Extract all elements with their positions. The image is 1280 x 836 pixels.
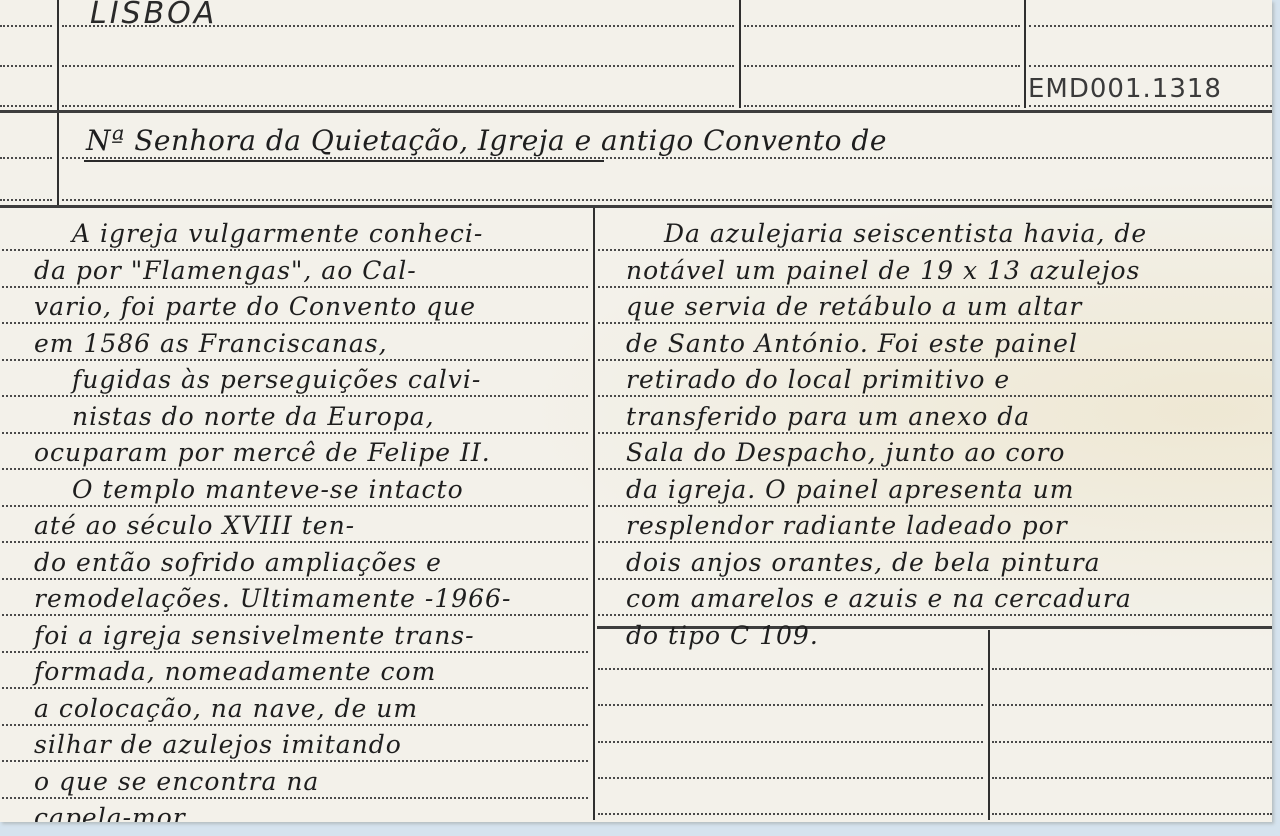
margin-divider xyxy=(57,0,59,205)
reference-number: EMD001.1318 xyxy=(1028,74,1222,104)
rule xyxy=(598,541,1272,543)
text-line: com amarelos e azuis e na cercadura xyxy=(626,584,1132,613)
rule xyxy=(2,395,588,397)
rule xyxy=(2,797,588,799)
text-line: transferido para um anexo da xyxy=(626,402,1030,431)
rule xyxy=(62,199,1272,201)
title-underline xyxy=(84,160,604,162)
rule xyxy=(598,322,1272,324)
card-title: Nª Senhora da Quietação, Igreja e antigo… xyxy=(86,124,887,157)
rule xyxy=(0,25,52,27)
rule xyxy=(2,651,588,653)
rule xyxy=(598,249,1272,251)
rule xyxy=(992,777,1272,779)
section-rule xyxy=(0,110,1272,113)
rule xyxy=(1029,65,1272,67)
rule xyxy=(598,505,1272,507)
rule xyxy=(2,578,588,580)
rule xyxy=(744,65,1020,67)
location-label: LISBOA xyxy=(90,0,217,31)
section-rule xyxy=(0,205,1272,208)
text-line: resplendor radiante ladeado por xyxy=(626,511,1068,540)
text-line: notável um painel de 19 x 13 azulejos xyxy=(626,256,1140,285)
rule xyxy=(992,668,1272,670)
text-line: em 1586 as Franciscanas, xyxy=(34,329,388,358)
text-line: Da azulejaria seiscentista havia, de xyxy=(664,219,1147,248)
catalog-card: LISBOA EMD001.1318 Nª Senhora da Quietaç… xyxy=(0,0,1272,822)
rule xyxy=(2,322,588,324)
text-line: Sala do Despacho, junto ao coro xyxy=(626,438,1065,467)
rule xyxy=(2,541,588,543)
rule xyxy=(1029,25,1272,27)
text-line: o que se encontra na xyxy=(34,767,319,796)
text-line: da por "Flamengas", ao Cal- xyxy=(34,256,417,285)
rule xyxy=(2,468,588,470)
rule xyxy=(598,813,983,815)
rule xyxy=(2,687,588,689)
rule xyxy=(598,578,1272,580)
rule xyxy=(0,199,52,201)
rule xyxy=(2,286,588,288)
text-line: até ao século XVIII ten- xyxy=(34,511,355,540)
rule xyxy=(2,505,588,507)
rule xyxy=(0,105,52,107)
text-line: fugidas às perseguições calvi- xyxy=(72,365,481,394)
rule xyxy=(744,25,1020,27)
rule xyxy=(992,704,1272,706)
rule xyxy=(2,724,588,726)
rule xyxy=(598,704,983,706)
header-divider-1 xyxy=(739,0,741,108)
rule xyxy=(598,432,1272,434)
text-line: silhar de azulejos imitando xyxy=(34,730,402,759)
text-line: foi a igreja sensivelmente trans- xyxy=(34,621,475,650)
rule xyxy=(598,741,983,743)
text-line: do tipo C 109. xyxy=(626,621,819,650)
rule xyxy=(598,777,983,779)
rule xyxy=(2,359,588,361)
rule xyxy=(0,65,52,67)
text-line: formada, nomeadamente com xyxy=(34,657,436,686)
rule xyxy=(1029,105,1272,107)
text-line: capela-mor. xyxy=(34,803,192,822)
rule xyxy=(2,432,588,434)
column-divider xyxy=(593,208,595,820)
rule xyxy=(2,249,588,251)
header-divider-2 xyxy=(1024,0,1026,108)
rule xyxy=(598,359,1272,361)
text-line: nistas do norte da Europa, xyxy=(72,402,435,431)
text-line: de Santo António. Foi este painel xyxy=(626,329,1078,358)
lower-divider xyxy=(988,630,990,820)
text-line: dois anjos orantes, de bela pintura xyxy=(626,548,1100,577)
rule xyxy=(598,468,1272,470)
text-line: que servia de retábulo a um altar xyxy=(626,292,1082,321)
text-line: retirado do local primitivo e xyxy=(626,365,1010,394)
text-line: do então sofrido ampliações e xyxy=(34,548,442,577)
rule xyxy=(598,614,1272,616)
rule xyxy=(0,157,52,159)
text-line: O templo manteve-se intacto xyxy=(72,475,464,504)
rule xyxy=(62,157,1272,159)
rule xyxy=(62,105,734,107)
text-line: remodelações. Ultimamente -1966- xyxy=(34,584,511,613)
rule xyxy=(992,813,1272,815)
text-line: a colocação, na nave, de um xyxy=(34,694,418,723)
rule xyxy=(598,395,1272,397)
rule xyxy=(2,614,588,616)
rule xyxy=(598,286,1272,288)
rule xyxy=(62,65,734,67)
rule xyxy=(744,105,1020,107)
text-line: da igreja. O painel apresenta um xyxy=(626,475,1074,504)
rule xyxy=(992,741,1272,743)
rule xyxy=(598,668,983,670)
rule xyxy=(2,760,588,762)
text-line: ocuparam por mercê de Felipe II. xyxy=(34,438,491,467)
text-line: A igreja vulgarmente conheci- xyxy=(72,219,483,248)
text-line: vario, foi parte do Convento que xyxy=(34,292,476,321)
